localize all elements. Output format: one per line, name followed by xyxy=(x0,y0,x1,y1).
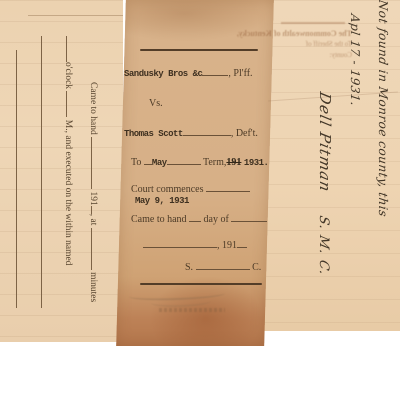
faint-stamp-text xyxy=(159,308,225,312)
return-line-2: o'clock M., and executed on the within n… xyxy=(55,0,80,332)
at-label: , at xyxy=(88,214,98,226)
term-row: To May Term,191 1931. xyxy=(131,155,268,168)
officer-row: S. C. xyxy=(185,260,261,273)
docket-form: Sandusky Bros &c, Pl'ff. Vs. Thomas Scot… xyxy=(121,0,271,346)
came-to-hand-row: Came to hand day of xyxy=(131,212,267,225)
plaintiff-name: Sandusky Bros &c xyxy=(124,69,202,79)
versus-row: Vs. xyxy=(149,98,163,109)
blank-line xyxy=(196,260,250,270)
term-label: Term, xyxy=(203,157,226,168)
defendant-row: Thomas Scott, Def't. xyxy=(124,126,258,139)
came-to-hand-label: Came to hand xyxy=(131,214,187,225)
blank-line xyxy=(189,212,201,222)
blank-line xyxy=(144,155,152,165)
blank-line xyxy=(91,137,101,189)
defendant-label: , Def't. xyxy=(231,128,258,139)
scanned-court-document: The Commonwealth of Kentucky, To the She… xyxy=(0,0,400,400)
year-row: , 191 xyxy=(143,238,247,251)
overstruck-year: 191 xyxy=(226,157,241,168)
rotated-return-form: Came to hand 191, at minutes o'clock M.,… xyxy=(0,0,123,332)
to-label: To xyxy=(131,157,141,168)
court-commences-row: Court commences xyxy=(131,182,250,195)
term-month: May xyxy=(152,158,167,168)
blank-line xyxy=(91,206,101,214)
plaintiff-row: Sandusky Bros &c, Pl'ff. xyxy=(124,66,253,79)
minutes-label: minutes xyxy=(88,272,98,302)
signature-name: Dell Pitman xyxy=(316,90,334,194)
top-rule xyxy=(140,49,258,51)
rotated-handwritten-return: Not found in Monroe county, this Apl 17 … xyxy=(278,0,400,338)
executed-label: M., and executed on the within named xyxy=(63,120,73,266)
blank-line xyxy=(143,238,217,248)
bottom-rule xyxy=(140,283,262,285)
plaintiff-label: , Pl'ff. xyxy=(228,68,252,79)
year-prefix: , 191 xyxy=(217,240,237,251)
blank-line xyxy=(183,126,231,136)
blank-line xyxy=(237,238,247,248)
day-of-label: day of xyxy=(204,214,229,225)
blank-line xyxy=(202,66,228,76)
blank-return-line xyxy=(5,0,30,332)
blank-line xyxy=(167,155,201,165)
signature-line: Dell Pitman S. M. C. xyxy=(306,88,342,342)
came-to-hand-label: Came to hand xyxy=(88,82,98,135)
handwritten-date: Apl 17 - 1931. xyxy=(342,12,368,340)
blank-line xyxy=(66,36,76,62)
defendant-name: Thomas Scott xyxy=(124,129,183,139)
return-line-1: Came to hand 191, at minutes xyxy=(80,0,123,332)
court-commences-date: May 9, 1931 xyxy=(135,196,189,206)
court-commences-date-row: May 9, 1931 xyxy=(135,195,189,206)
blank-line xyxy=(231,212,267,222)
blank-line xyxy=(0,50,1,280)
blank-line xyxy=(91,228,101,270)
term-year: 1931. xyxy=(244,158,269,168)
signature-title: S. M. C. xyxy=(316,214,331,277)
blank-line xyxy=(41,36,51,308)
court-commences-label: Court commences xyxy=(131,184,203,195)
blank-return-line xyxy=(30,0,55,332)
year-191: 191 xyxy=(88,192,98,206)
sheriff-initial: S. xyxy=(185,262,193,273)
oclock-label: o'clock xyxy=(63,62,73,89)
handwritten-note-line: Not found in Monroe county, this xyxy=(368,0,400,340)
blank-line xyxy=(206,182,250,192)
blank-line xyxy=(66,91,76,117)
county-initial: C. xyxy=(252,262,261,273)
versus-label: Vs. xyxy=(149,98,163,109)
blank-line xyxy=(16,50,26,308)
